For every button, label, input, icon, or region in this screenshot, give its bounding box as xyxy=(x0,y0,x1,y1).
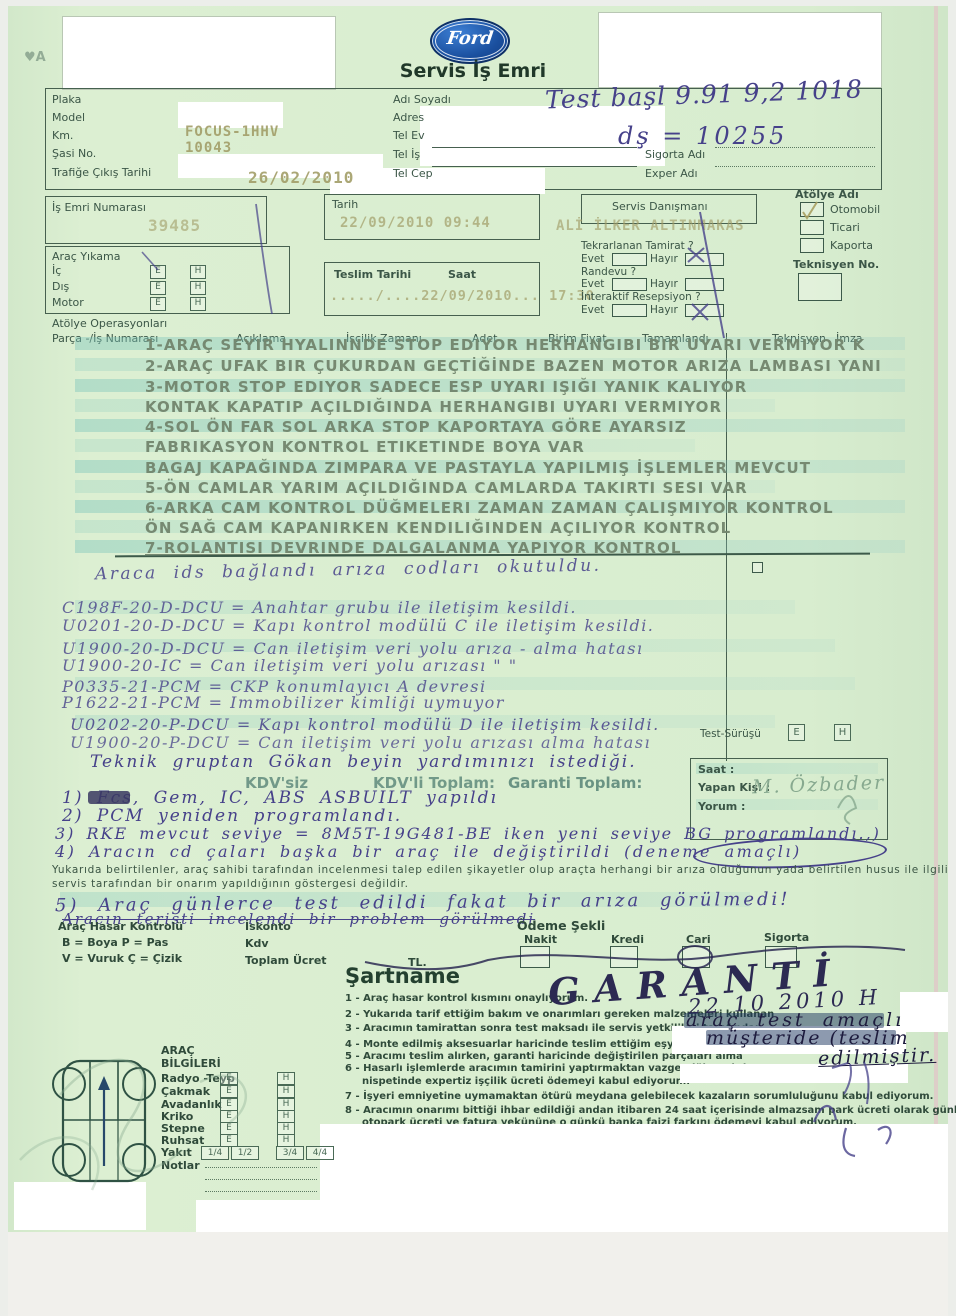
yikama-motor-h-checkbox[interactable]: H xyxy=(190,297,206,311)
yikama-dis-h-checkbox[interactable]: H xyxy=(190,281,206,295)
bilgi-h-checkbox[interactable]: H xyxy=(277,1085,295,1098)
yikama-ic-h-checkbox[interactable]: H xyxy=(190,265,206,279)
label-hasar-title: Araç Hasar Kontrolü xyxy=(58,920,183,933)
label-exper: Exper Adı xyxy=(645,167,698,180)
complaint-line: KONTAK KAPATIP AÇILDIĞINDA HERHANGIBI UY… xyxy=(145,398,722,416)
complaint-line: 4-SOL ÖN FAR SOL ARKA STOP KAPORTAYA GÖR… xyxy=(145,418,687,436)
sartname-title: Şartname xyxy=(345,964,460,988)
label-motor: Motor xyxy=(52,296,84,309)
label-hasar-l1: B = Boya P = Pas xyxy=(62,936,168,949)
label-danisman: Servis Danışmanı xyxy=(612,200,708,213)
disclaimer-line2: servis tarafından bir onarım yapıldığını… xyxy=(52,878,409,890)
label-arac: ARAÇ xyxy=(161,1044,195,1057)
q1-hayir-checkbox[interactable] xyxy=(685,253,724,266)
label-q1-evet: Evet xyxy=(581,253,604,265)
label-teknisyen-no: Teknisyen No. xyxy=(793,258,879,271)
complaint-line: 6-ARKA CAM KONTROL DÜĞMELERI ZAMAN ZAMAN… xyxy=(145,499,834,517)
q1-evet-checkbox[interactable] xyxy=(612,253,647,266)
label-dis: Dış xyxy=(52,280,69,293)
scribbled-out-word xyxy=(88,791,130,804)
complaint-line: BAGAJ KAPAĞINDA ZIMPARA VE PASTAYLA YAPI… xyxy=(145,459,811,477)
q2-hayir-checkbox[interactable] xyxy=(685,278,724,291)
ford-logo-text: Ford xyxy=(431,28,510,49)
danisman-value: ALİ İLKER ALTINMAKAS xyxy=(556,218,745,234)
label-kaporta: Kaporta xyxy=(830,239,873,252)
model-value: FOCUS-1HHV xyxy=(185,124,279,140)
label-bilgileri: BİLGİLERİ xyxy=(161,1057,221,1070)
label-saat2: Saat : xyxy=(698,763,734,776)
notlar-line xyxy=(205,1167,317,1168)
label-test-surusu: Test-Sürüşü xyxy=(700,728,761,740)
complaint-line: ÖN SAĞ CAM KAPANIRKEN KENDILIĞINDEN AÇIL… xyxy=(145,519,731,537)
yikama-dis-e-checkbox[interactable]: E xyxy=(150,281,166,295)
label-odeme-sekli: Ödeme Şekli xyxy=(517,918,605,933)
trafik-value: 26/02/2010 xyxy=(248,168,354,187)
dtc-line: U1900-20-P-DCU = Can iletişim veri yolu … xyxy=(70,733,651,752)
label-ticari: Ticari xyxy=(830,221,860,234)
test-surusu-h-checkbox[interactable]: H xyxy=(834,724,851,741)
atolye-kaporta-checkbox[interactable] xyxy=(800,238,824,253)
hw-teknik-note: Teknik gruptan Gökan beyin yardımınızı i… xyxy=(90,752,637,772)
label-model: Model xyxy=(52,111,85,124)
complaint-line: FABRIKASYON KONTROL ETIKETINDE BOYA VAR xyxy=(145,438,585,456)
label-ic: İç xyxy=(52,264,61,277)
form-title: Servis İş Emri xyxy=(388,60,558,82)
dtc-line: U1900-20-IC = Can iletişim veri yolu arı… xyxy=(62,656,518,675)
redaction-sartname-1 xyxy=(900,992,948,1032)
sartname-item: nispetinde expertiz işçilik ücreti ödeme… xyxy=(362,1076,690,1087)
label-sigorta-odeme: Sigorta xyxy=(764,931,809,944)
label-toplam-ucret: Toplam Ücret xyxy=(245,954,327,967)
ford-logo: Ford xyxy=(430,18,510,64)
yakit-44-checkbox[interactable]: 4/4 xyxy=(306,1146,334,1160)
q3-evet-checkbox[interactable] xyxy=(612,304,647,317)
tel-is-line xyxy=(432,147,637,148)
yakit-14-checkbox[interactable]: 1/4 xyxy=(201,1146,229,1160)
work-note: 2) PCM yeniden programlandı. xyxy=(62,806,402,826)
notlar-line xyxy=(205,1179,317,1180)
label-atolye: Atölye Adı xyxy=(795,188,859,201)
label-q2-evet: Evet xyxy=(581,278,604,290)
label-kredi: Kredi xyxy=(611,933,644,946)
label-q1-hayir: Hayır xyxy=(650,253,678,265)
label-atolye-operasyonlari: Atölye Operasyonları xyxy=(52,317,167,330)
atolye-ticari-checkbox[interactable] xyxy=(800,220,824,235)
label-cari: Cari xyxy=(686,933,711,946)
km-value: 10043 xyxy=(185,140,232,156)
yikama-motor-e-checkbox[interactable]: E xyxy=(150,297,166,311)
corner-mark: ♥A xyxy=(24,50,46,65)
hw-ds-value: dş = 10255 xyxy=(618,122,787,150)
nakit-checkbox[interactable] xyxy=(520,946,550,968)
complaint-line: 2-ARAÇ UFAK BIR ÇUKURDAN GEÇTİĞİNDE BAZE… xyxy=(145,357,882,375)
complaint-line: 3-MOTOR STOP EDIYOR SADECE ESP UYARI IŞI… xyxy=(145,378,747,396)
redaction-bottom-left-2 xyxy=(196,1200,320,1234)
label-tel-cep: Tel Cep xyxy=(393,167,433,180)
redaction-bottom-left-1 xyxy=(14,1182,146,1230)
label-plaka: Plaka xyxy=(52,93,81,106)
label-kdv: Kdv xyxy=(245,937,269,950)
teslim-value: ...../....22/09/2010... 17:30 xyxy=(330,288,595,304)
yapan-kisi-value: M. Özbader xyxy=(752,772,886,799)
label-q3-evet: Evet xyxy=(581,304,604,316)
notlar-line xyxy=(205,1191,317,1192)
isemri-value: 39485 xyxy=(148,216,201,235)
yikama-ic-e-checkbox[interactable]: E xyxy=(150,265,166,279)
label-km: Km. xyxy=(52,129,73,142)
label-tarih: Tarih xyxy=(332,198,358,211)
redaction-top-left xyxy=(62,16,336,90)
tel-cep-line xyxy=(432,166,637,167)
hw-garanti-l3: edilmiştir. xyxy=(818,1044,937,1070)
label-q3: İnteraktif Resepsiyon ? xyxy=(581,291,701,303)
redaction-telcep xyxy=(330,168,545,194)
label-isemri: İş Emri Numarası xyxy=(52,201,146,214)
dtc-line: U0201-20-D-DCU = Kapı kontrol modülü C i… xyxy=(62,616,654,635)
bilgi-e-checkbox[interactable]: E xyxy=(220,1072,238,1085)
exper-line xyxy=(715,166,875,167)
tarih-value: 22/09/2010 09:44 xyxy=(340,215,491,231)
label-tel-is: Tel İş xyxy=(393,148,420,161)
label-iskonto: İskonto xyxy=(245,920,291,933)
label-garanti-toplam: Garanti Toplam: xyxy=(508,774,642,792)
sartname-item: 7 - İşyeri emniyetine uymamaktan ötürü m… xyxy=(345,1091,933,1102)
label-nakit: Nakit xyxy=(524,933,557,946)
label-tel-ev: Tel Ev xyxy=(393,129,425,142)
sartname-item: 8 - Aracımın onarımı bittiği ihbar edild… xyxy=(345,1105,956,1116)
label-otomobil: Otomobil xyxy=(830,203,880,216)
label-q3-hayir: Hayır xyxy=(650,304,678,316)
car-top-view-diagram xyxy=(48,1054,160,1188)
disclaimer-line1: Yukarıda belirtilenler, araç sahibi tara… xyxy=(52,864,912,876)
bilgi-h-checkbox[interactable]: H xyxy=(277,1072,295,1085)
dtc-line: P1622-21-PCM = Immobilizer kimliği uymuy… xyxy=(62,693,505,712)
paper-bottom-strip xyxy=(8,1232,948,1316)
scanned-service-order: { "page":{"corner_mark":"♥A"}, "header":… xyxy=(0,0,956,1316)
work-note: 4) Aracın cd çaları başka bir araç ile d… xyxy=(55,842,802,861)
label-sasi: Şasi No. xyxy=(52,147,96,160)
label-teslim-tarihi: Teslim Tarihi xyxy=(334,268,411,281)
label-hasar-l2: V = Vuruk Ç = Çizik xyxy=(62,952,182,965)
label-adi-soyadi: Adı Soyadı xyxy=(393,93,451,106)
yakit-12-checkbox[interactable]: 1/2 xyxy=(231,1146,259,1160)
label-trafik: Trafiğe Çıkış Tarihi xyxy=(52,166,151,179)
label-notlar: Notlar xyxy=(161,1159,200,1172)
dtc-line: C198F-20-D-DCU = Anahtar grubu ile ileti… xyxy=(62,598,577,617)
label-adres: Adres xyxy=(393,111,424,124)
label-q1: Tekrarlanan Tamirat ? xyxy=(581,240,694,252)
test-surusu-e-checkbox[interactable]: E xyxy=(788,724,805,741)
q2-evet-checkbox[interactable] xyxy=(612,278,647,291)
bilgi-e-checkbox[interactable]: E xyxy=(220,1085,238,1098)
label-saat: Saat xyxy=(448,268,476,281)
yakit-34-checkbox[interactable]: 3/4 xyxy=(276,1146,304,1160)
q3-hayir-checkbox[interactable] xyxy=(685,304,724,317)
bilgi-row-label: Çakmak xyxy=(161,1085,210,1098)
teknisyen-no-box[interactable] xyxy=(798,273,842,301)
label-q2: Randevu ? xyxy=(581,266,636,278)
intro-checkbox[interactable] xyxy=(752,562,763,573)
label-arac-yikama: Araç Yıkama xyxy=(52,250,120,263)
label-q2-hayir: Hayır xyxy=(650,278,678,290)
atolye-otomobil-checkbox[interactable] xyxy=(800,202,824,217)
complaint-line: 5-ÖN CAMLAR YARIM AÇILDIĞINDA CAMLARDA T… xyxy=(145,479,748,497)
label-yakit: Yakıt xyxy=(161,1146,192,1159)
complaint-line: 1-ARAÇ SEYIR HYALINNDE STOP EDIYOR HERHA… xyxy=(145,336,865,354)
dtc-line: U0202-20-P-DCU = Kapı kontrol modülü D i… xyxy=(70,715,660,734)
label-yorum: Yorum : xyxy=(698,800,745,813)
